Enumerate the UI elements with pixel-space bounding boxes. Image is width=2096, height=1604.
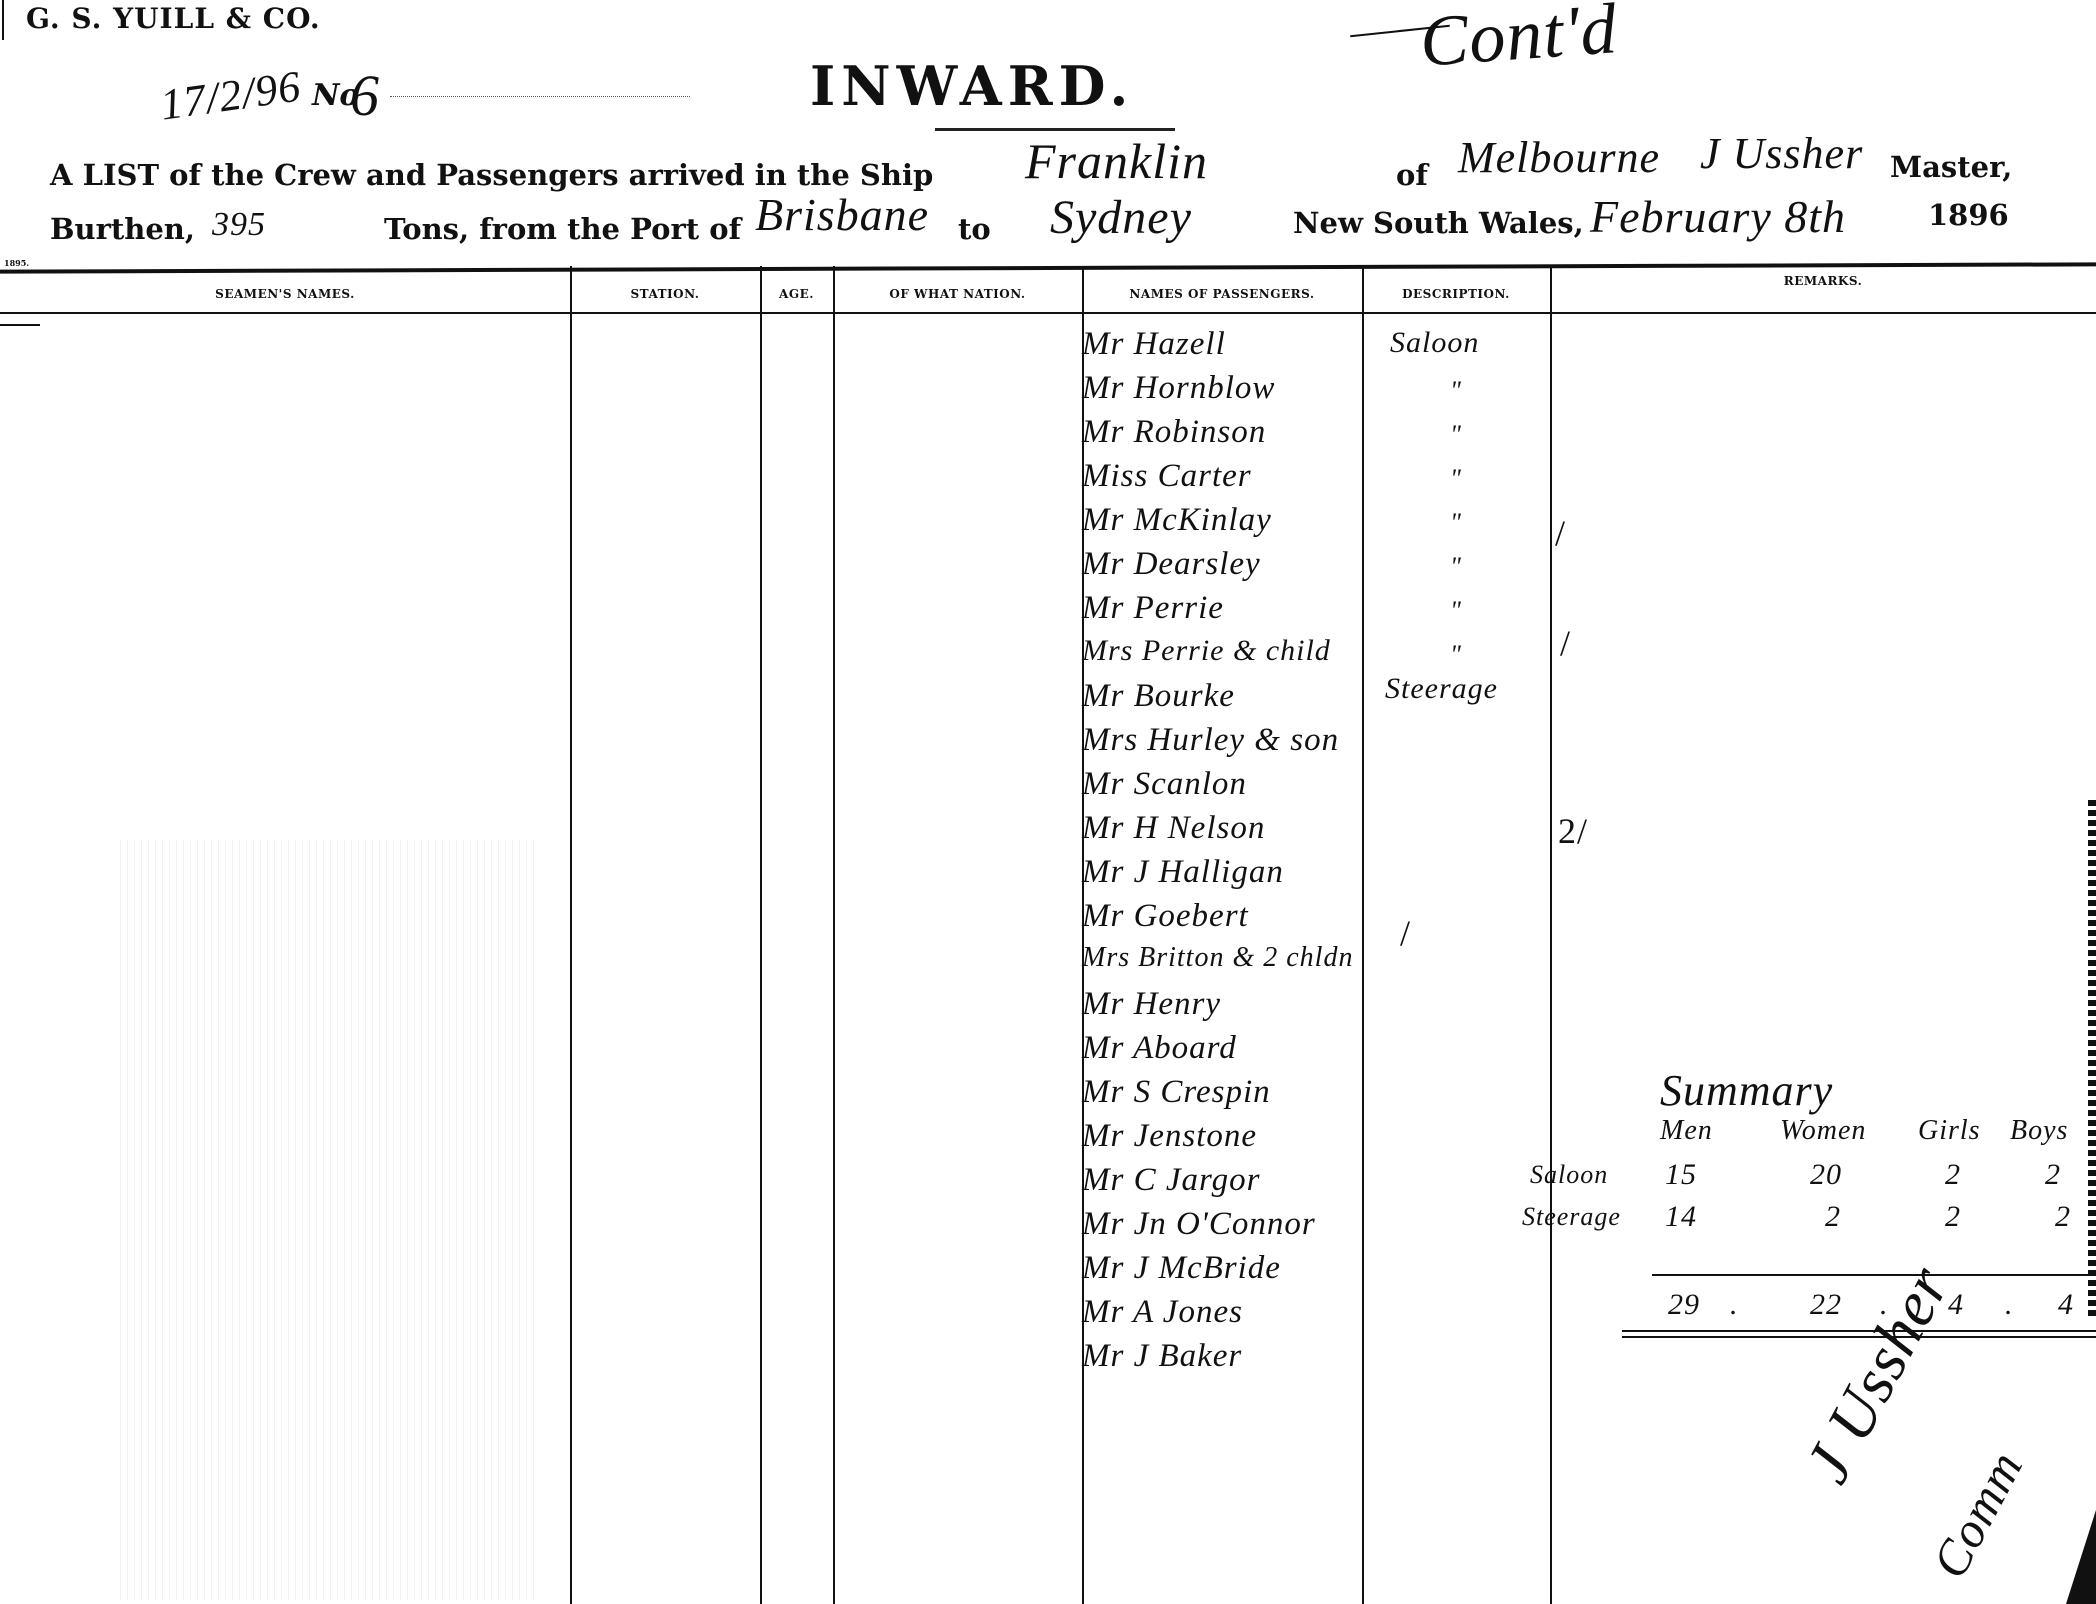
summary-steerage-girls: 2	[1945, 1200, 1961, 1234]
summary-saloon-girls: 2	[1945, 1158, 1961, 1192]
passenger-row: Mr Hazell	[1082, 326, 1226, 363]
passenger-row: Mr Aboard	[1082, 1030, 1237, 1067]
description-tick: /	[1400, 912, 1411, 954]
from-port: Brisbane	[755, 188, 929, 241]
passenger-row: Mr Jenstone	[1082, 1118, 1257, 1155]
summary-title: Summary	[1660, 1065, 1833, 1116]
passenger-row: Mr Dearsley	[1082, 546, 1261, 583]
number-dotted-line	[390, 96, 690, 97]
passenger-row: Mr J Baker	[1082, 1338, 1242, 1375]
year: 1896	[1928, 198, 2009, 232]
master-label: Master,	[1890, 150, 2012, 184]
master-name: J Ussher	[1700, 128, 1863, 179]
col-header-nation: OF WHAT NATION.	[833, 287, 1082, 301]
to-label: to	[958, 212, 991, 246]
remark-tick: /	[1555, 512, 1566, 554]
summary-total-boys: 4	[2058, 1288, 2074, 1322]
summary-header-women: Women	[1780, 1115, 1866, 1147]
summary-steerage-men: 14	[1665, 1200, 1697, 1234]
passenger-row: Miss Carter	[1082, 458, 1252, 495]
home-port: Melbourne	[1458, 132, 1660, 183]
burthen-value: 395	[212, 206, 266, 244]
scan-edge-artifact	[2088, 800, 2096, 1320]
summary-row-label-saloon: Saloon	[1530, 1160, 1608, 1190]
passenger-row: Mr A Jones	[1082, 1294, 1243, 1331]
of-label: of	[1396, 158, 1428, 192]
remark-tick: /	[1560, 622, 1571, 664]
col-divider-3	[833, 266, 835, 1604]
col-header-station: STATION.	[570, 287, 760, 301]
state-label: New South Wales,	[1293, 206, 1584, 240]
passenger-row: Mrs Hurley & son	[1082, 722, 1339, 759]
summary-total-women: 22	[1810, 1288, 1842, 1322]
passenger-row: Mr Scanlon	[1082, 766, 1247, 803]
col-header-seamen-names: SEAMEN'S NAMES.	[0, 287, 570, 301]
passenger-row: Mr C Jargor	[1082, 1162, 1260, 1199]
summary-header-men: Men	[1660, 1115, 1713, 1147]
passenger-row: Mr Goebert	[1082, 898, 1249, 935]
signature-title: Comm	[1920, 1441, 2034, 1587]
to-port: Sydney	[1050, 190, 1192, 245]
summary-row-label-steerage: Steerage	[1522, 1202, 1621, 1232]
passenger-row: Mr J Halligan	[1082, 854, 1284, 891]
col-divider-1	[570, 266, 572, 1604]
faded-artifact	[120, 840, 540, 1600]
description-cell: Saloon	[1390, 326, 1479, 360]
scan-corner-artifact	[2066, 1510, 2096, 1604]
passenger-row: Mrs Perrie & child	[1082, 634, 1331, 668]
description-ditto: "	[1450, 640, 1462, 670]
passenger-row: Mr H Nelson	[1082, 810, 1265, 847]
description-ditto: "	[1450, 376, 1462, 406]
handwritten-date: 17/2/96	[157, 60, 304, 130]
company-name: G. S. YUILL & CO.	[26, 2, 321, 35]
summary-header-girls: Girls	[1918, 1115, 1981, 1147]
passenger-row: Mr Robinson	[1082, 414, 1266, 451]
col-header-remarks: REMARKS.	[1550, 274, 2096, 288]
col-header-description: DESCRIPTION.	[1362, 287, 1550, 301]
continued-annotation: Cont'd	[1417, 0, 1620, 84]
side-stamp: 1895.	[4, 258, 29, 268]
summary-header-boys: Boys	[2010, 1115, 2068, 1147]
description-cell: Steerage	[1385, 672, 1498, 706]
description-ditto: "	[1450, 596, 1462, 626]
col-divider-2	[760, 266, 762, 1604]
summary-total-rule-top	[1652, 1274, 2096, 1276]
col-header-passenger-names: NAMES OF PASSENGERS.	[1082, 287, 1362, 301]
summary-steerage-boys: 2	[2055, 1200, 2071, 1234]
remark-tick: 2/	[1558, 810, 1588, 852]
passenger-row: Mr Bourke	[1082, 678, 1235, 715]
burthen-label: Burthen,	[50, 212, 195, 246]
passenger-row: Mr J McBride	[1082, 1250, 1281, 1287]
summary-saloon-men: 15	[1665, 1158, 1697, 1192]
passenger-row: Mr Perrie	[1082, 590, 1224, 627]
passenger-row: Mrs Britton & 2 chldn	[1082, 942, 1353, 974]
passenger-row: Mr Henry	[1082, 986, 1221, 1023]
form-line1-prefix: A LIST of the Crew and Passengers arrive…	[50, 158, 933, 192]
summary-saloon-women: 20	[1810, 1158, 1842, 1192]
description-ditto: "	[1450, 552, 1462, 582]
number-value: 6	[350, 62, 380, 129]
passenger-row: Mr McKinlay	[1082, 502, 1272, 539]
left-stub-rule	[0, 324, 40, 326]
passenger-row: Mr S Crespin	[1082, 1074, 1271, 1111]
page-title: INWARD.	[810, 54, 1134, 118]
summary-total-sep: .	[2005, 1288, 2014, 1322]
description-ditto: "	[1450, 508, 1462, 538]
summary-steerage-women: 2	[1825, 1200, 1841, 1234]
col-divider-6	[1550, 266, 1552, 1604]
table-header-rule	[0, 312, 2096, 314]
passenger-row: Mr Jn O'Connor	[1082, 1206, 1316, 1243]
description-ditto: "	[1450, 464, 1462, 494]
summary-saloon-boys: 2	[2045, 1158, 2061, 1192]
date-month: February 8th	[1590, 190, 1846, 243]
ship-name: Franklin	[1025, 132, 1208, 190]
passenger-row: Mr Hornblow	[1082, 370, 1275, 407]
table-top-rule	[0, 262, 2096, 273]
tons-label: Tons, from the Port of	[384, 212, 741, 246]
summary-total-sep: .	[1730, 1288, 1739, 1322]
margin-mark	[2, 0, 4, 40]
col-divider-5	[1362, 266, 1364, 1604]
summary-total-men: 29	[1668, 1288, 1700, 1322]
title-underline	[935, 128, 1175, 131]
col-header-age: AGE.	[760, 287, 833, 301]
description-ditto: "	[1450, 420, 1462, 450]
